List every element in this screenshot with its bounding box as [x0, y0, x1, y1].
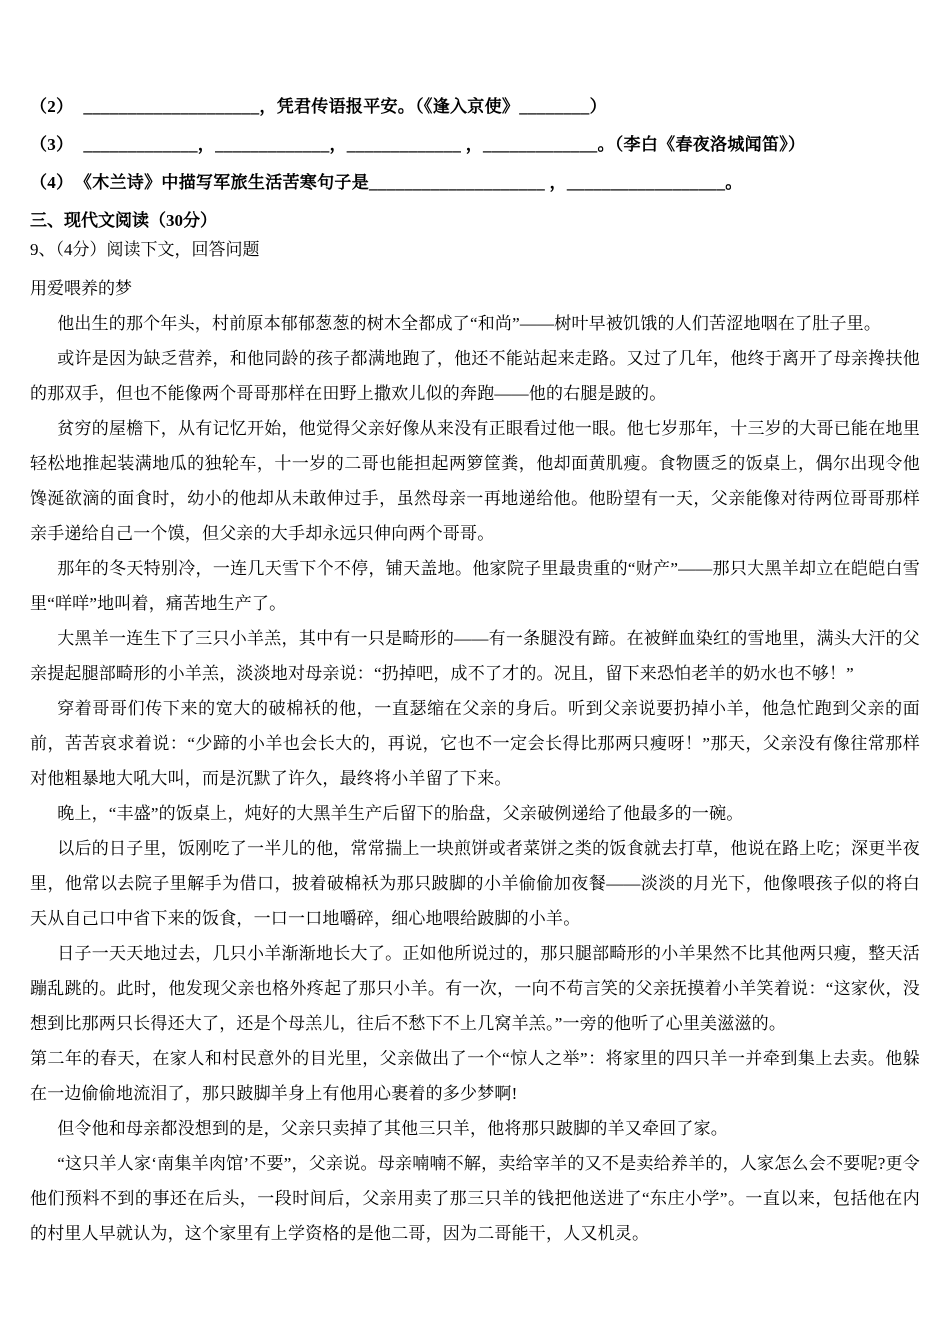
question-text: _____________，_____________，____________…: [83, 135, 805, 154]
question-9-intro: 9、（4分）阅读下文，回答问题: [30, 236, 920, 264]
passage-paragraph: 他出生的那个年头，村前原本郁郁葱葱的树木全都成了“和尚”——树叶早被饥饿的人们苦…: [30, 306, 920, 341]
passage-paragraph: 那年的冬天特别冷，一连几天雪下个不停，铺天盖地。他家院子里最贵重的“财产”——那…: [30, 551, 920, 621]
fill-blank-question-2: （2）____________________，凭君传语报平安。（《逢入京使》_…: [30, 88, 920, 126]
question-number: （3）: [30, 135, 73, 154]
passage-paragraph: 晚上，“丰盛”的饭桌上，炖好的大黑羊生产后留下的胎盘，父亲破例递给了他最多的一碗…: [30, 796, 920, 831]
fill-blank-question-3: （3）_____________，_____________，_________…: [30, 126, 920, 164]
passage-paragraph: 大黑羊一连生下了三只小羊羔，其中有一只是畸形的——有一条腿没有蹄。在被鲜血染红的…: [30, 621, 920, 691]
exam-document-page: （2）____________________，凭君传语报平安。（《逢入京使》_…: [0, 0, 950, 1344]
passage-paragraph: 或许是因为缺乏营养，和他同龄的孩子都满地跑了，他还不能站起来走路。又过了几年，他…: [30, 341, 920, 411]
passage-paragraph: 穿着哥哥们传下来的宽大的破棉袄的他，一直瑟缩在父亲的身后。听到父亲说要扔掉小羊，…: [30, 691, 920, 796]
passage-title: 用爱喂养的梦: [30, 272, 920, 306]
question-number: （4）: [30, 173, 73, 192]
question-number: （2）: [30, 97, 73, 116]
question-text: 《木兰诗》中描写军旅生活苦寒句子是____________________ ，_…: [83, 173, 742, 192]
section-header-modern-reading: 三、现代文阅读（30分）: [30, 206, 920, 236]
passage-paragraph: 以后的日子里，饭刚吃了一半儿的他，常常揣上一块煎饼或者菜饼之类的饭食就去打草，他…: [30, 831, 920, 936]
passage-paragraph: 第二年的春天，在家人和村民意外的目光里，父亲做出了一个“惊人之举”：将家里的四只…: [30, 1041, 920, 1111]
passage-paragraph: 贫穷的屋檐下，从有记忆开始，他觉得父亲好像从来没有正眼看过他一眼。他七岁那年，十…: [30, 411, 920, 551]
passage-paragraph: 日子一天天地过去，几只小羊渐渐地长大了。正如他所说过的，那只腿部畸形的小羊果然不…: [30, 936, 920, 1041]
passage-paragraph: “这只羊人家‘南集羊肉馆’不要”，父亲说。母亲喃喃不解，卖给宰羊的又不是卖给养羊…: [30, 1146, 920, 1251]
fill-blank-question-4: （4）《木兰诗》中描写军旅生活苦寒句子是____________________…: [30, 164, 920, 202]
question-text: ____________________，凭君传语报平安。（《逢入京使》____…: [83, 97, 607, 116]
passage-paragraph: 但令他和母亲都没想到的是，父亲只卖掉了其他三只羊，他将那只跛脚的羊又牵回了家。: [30, 1111, 920, 1146]
